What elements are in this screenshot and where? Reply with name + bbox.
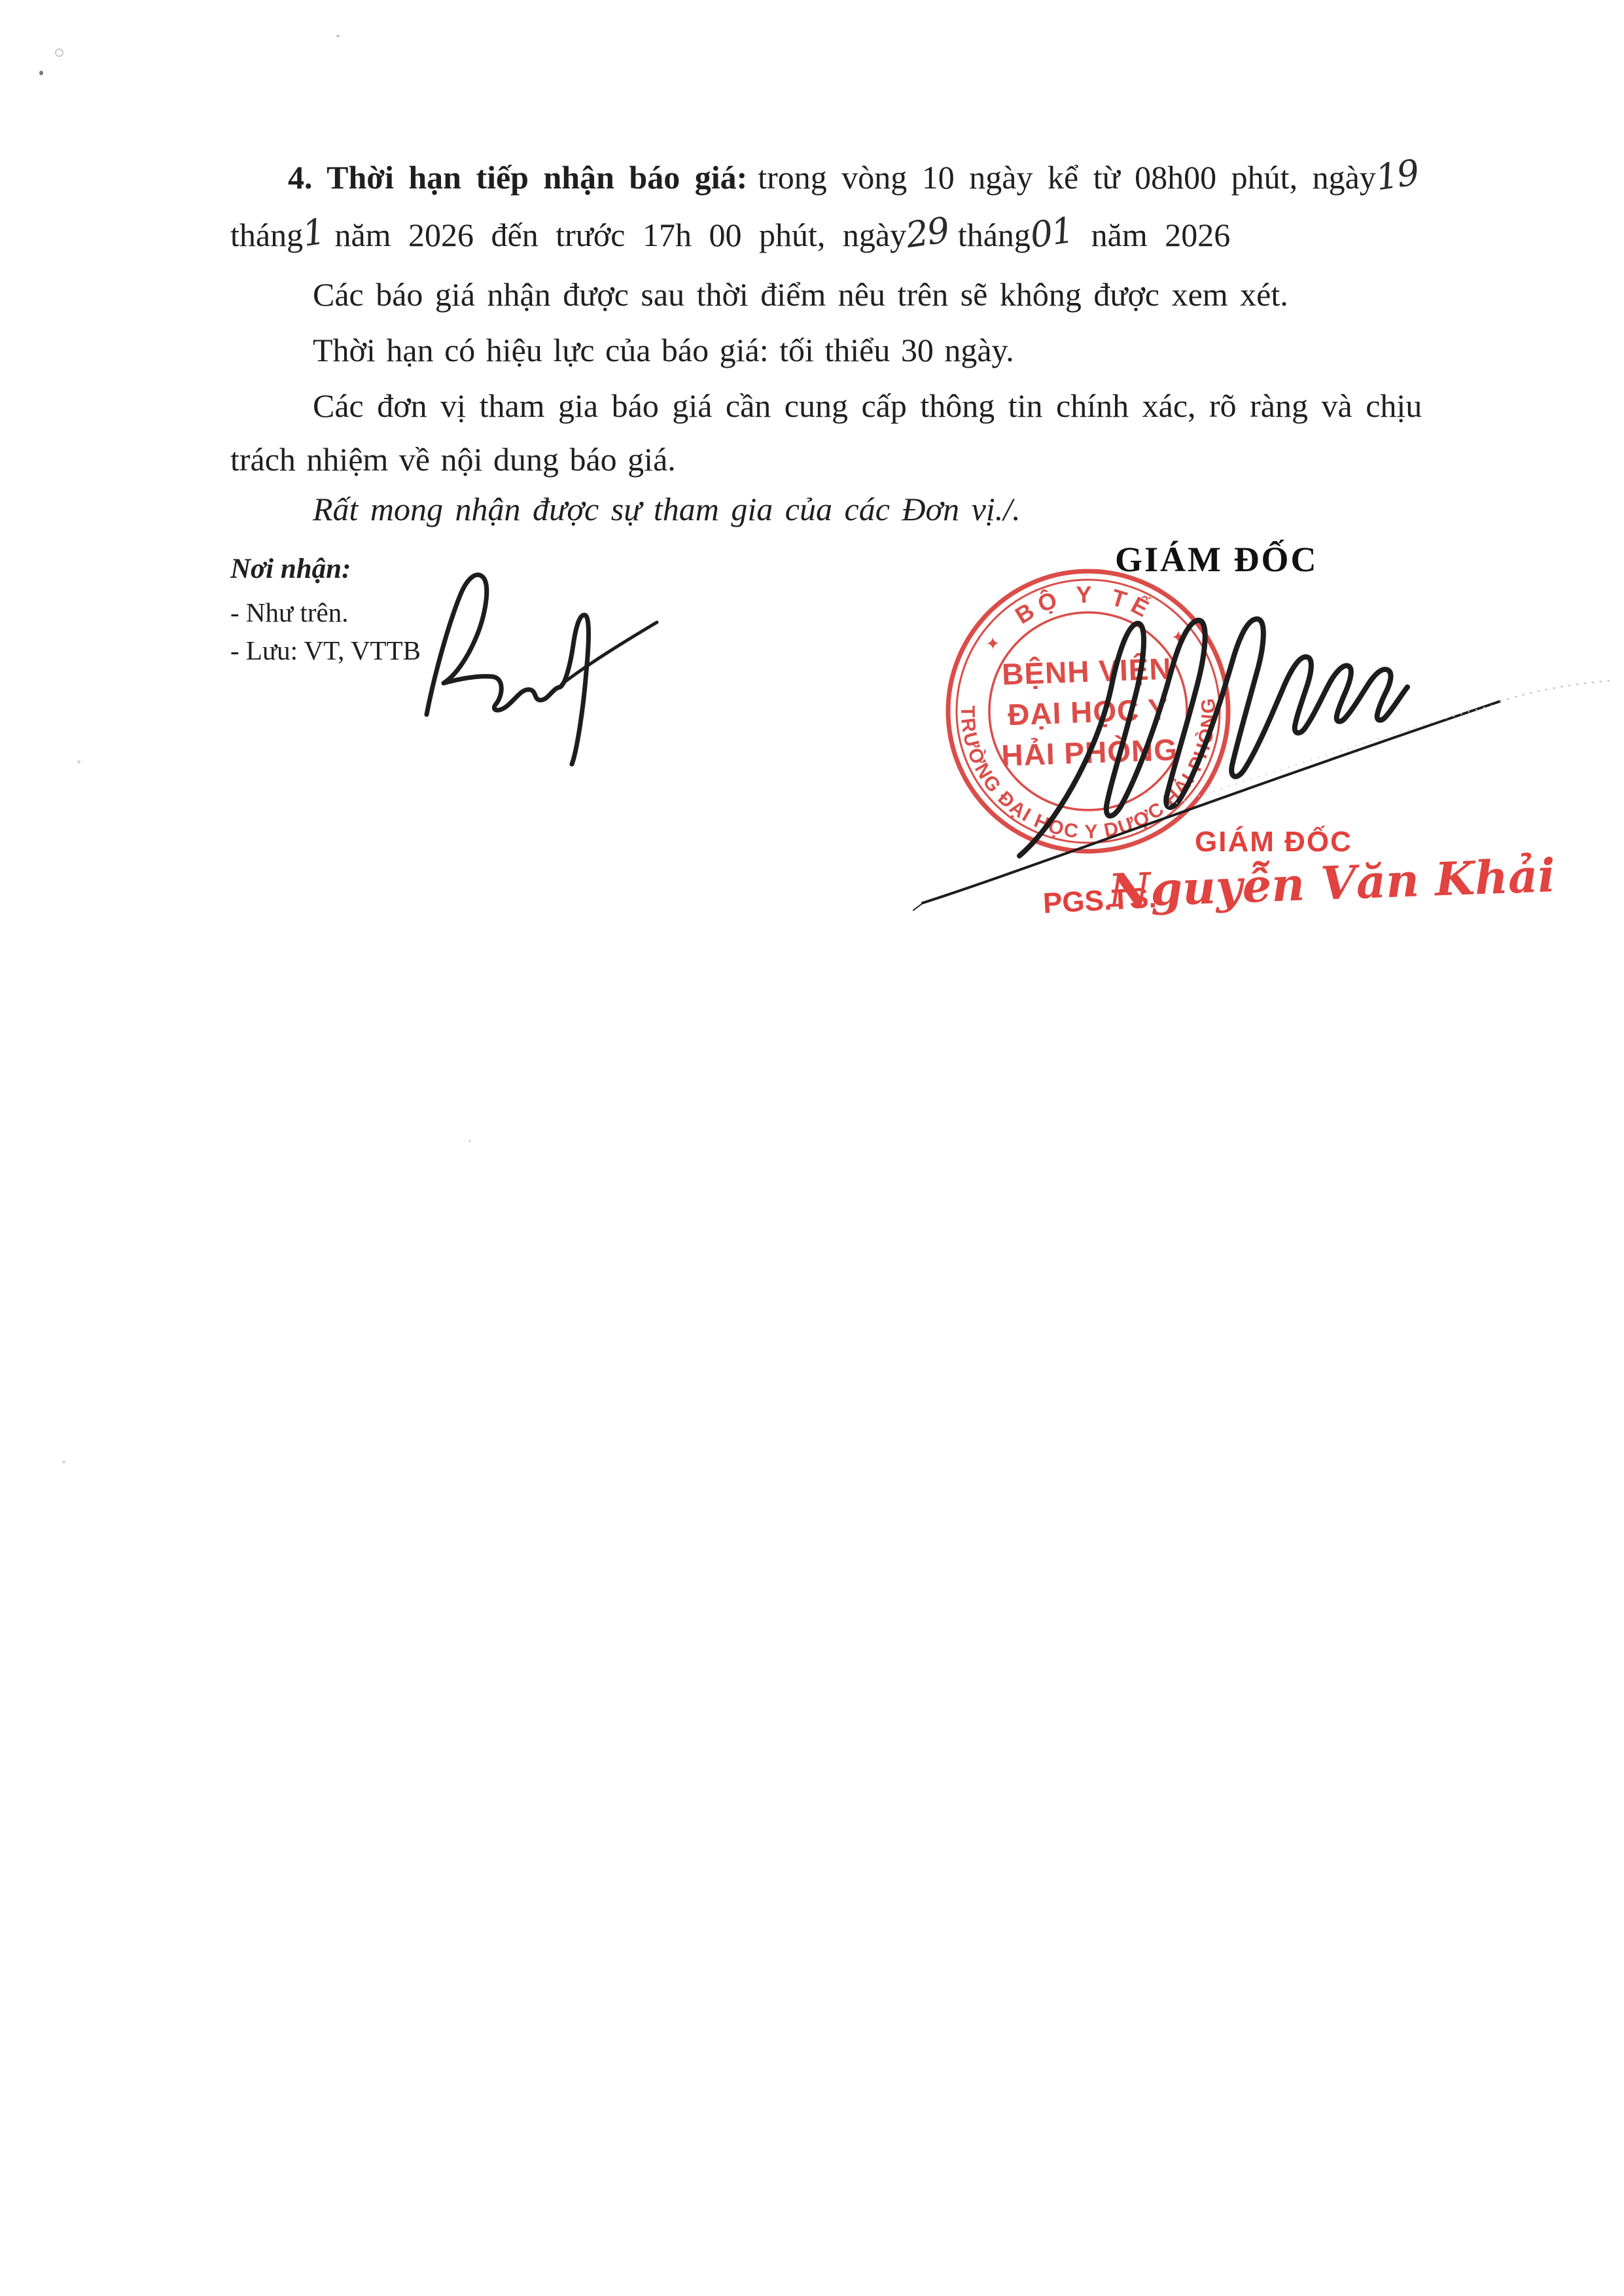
signer-name: Nguyễn Văn Khải xyxy=(1108,848,1556,918)
handwritten-day-1: 19 xyxy=(1373,152,1421,200)
handwritten-day-2: 29 xyxy=(904,209,951,257)
scan-speck xyxy=(468,1140,471,1142)
director-signature-flourish-tip xyxy=(913,902,924,910)
paragraph-4-text-1: trong vòng 10 ngày kể từ 08h00 phút, ngà… xyxy=(758,159,1376,196)
body-line-3: Các báo giá nhận được sau thời điểm nêu … xyxy=(313,275,1288,314)
body-line-6: trách nhiệm về nội dung báo giá. xyxy=(230,440,676,479)
flourish-faint-trail xyxy=(1500,680,1614,701)
stamp-star-right-icon: ✦ xyxy=(1171,627,1186,648)
recipients-heading: Nơi nhận: xyxy=(230,553,351,585)
scan-speck xyxy=(62,1460,65,1464)
paragraph-4-heading: 4. Thời hạn tiếp nhận báo giá: xyxy=(288,159,747,196)
director-title-red: GIÁM ĐỐC xyxy=(1195,826,1352,858)
paragraph-4-line-1: 4. Thời hạn tiếp nhận báo giá:trong vòng… xyxy=(288,156,1419,198)
stamp-arc-top-text: BỘ Y TẾ xyxy=(1010,578,1159,629)
director-signature-loops xyxy=(1019,619,1407,856)
scanned-document-page: 4. Thời hạn tiếp nhận báo giá:trong vòng… xyxy=(0,0,1624,2296)
paragraph-4-line-2: tháng1năm 2026 đến trước 17h 00 phút, ng… xyxy=(230,213,1230,256)
closing-line: Rất mong nhận được sự tham gia của các Đ… xyxy=(313,489,1021,529)
flourish-faint-shadow xyxy=(1139,705,1492,815)
scan-speck xyxy=(336,35,340,37)
scan-speck xyxy=(39,71,43,75)
handwritten-month-1: 1 xyxy=(300,211,327,256)
paragraph-4-text-2c: tháng xyxy=(958,217,1031,253)
stamp-star-left-icon: ✦ xyxy=(985,634,1000,654)
small-signature-descender xyxy=(560,615,589,764)
stamp-rings xyxy=(944,567,1233,857)
hospital-round-stamp: BỘ Y TẾ TRƯỜNG ĐẠI HỌC Y DƯỢC HẢI PHÒNG … xyxy=(941,564,1235,858)
body-line-5: Các đơn vị tham gia báo giá cần cung cấp… xyxy=(313,386,1422,425)
stamp-center-line-2: ĐẠI HỌC Y xyxy=(1007,692,1169,732)
paragraph-4-text-2d: năm 2026 xyxy=(1091,217,1231,253)
small-signature-tail xyxy=(561,622,657,684)
stamp-arc-bottom-text: TRƯỜNG ĐẠI HỌC Y DƯỢC HẢI PHÒNG xyxy=(956,696,1224,847)
scan-speck xyxy=(77,760,80,764)
small-signature-stroke xyxy=(427,574,560,715)
director-title-black: GIÁM ĐỐC xyxy=(1115,539,1318,580)
stamp-center-line-3: HẢI PHÒNG xyxy=(1001,732,1178,772)
paragraph-4-text-2a: tháng xyxy=(230,217,303,253)
recipient-item-2: - Lưu: VT, VTTB xyxy=(230,635,421,666)
scan-speck xyxy=(55,48,63,57)
recipient-item-1: - Như trên. xyxy=(230,597,348,628)
body-line-4: Thời hạn có hiệu lực của báo giá: tối th… xyxy=(313,330,1014,370)
paragraph-4-text-2b: năm 2026 đến trước 17h 00 phút, ngày xyxy=(334,217,906,253)
handwritten-month-2: 01 xyxy=(1027,209,1075,257)
stamp-center-line-1: BỆNH VIỆN xyxy=(1001,652,1172,692)
